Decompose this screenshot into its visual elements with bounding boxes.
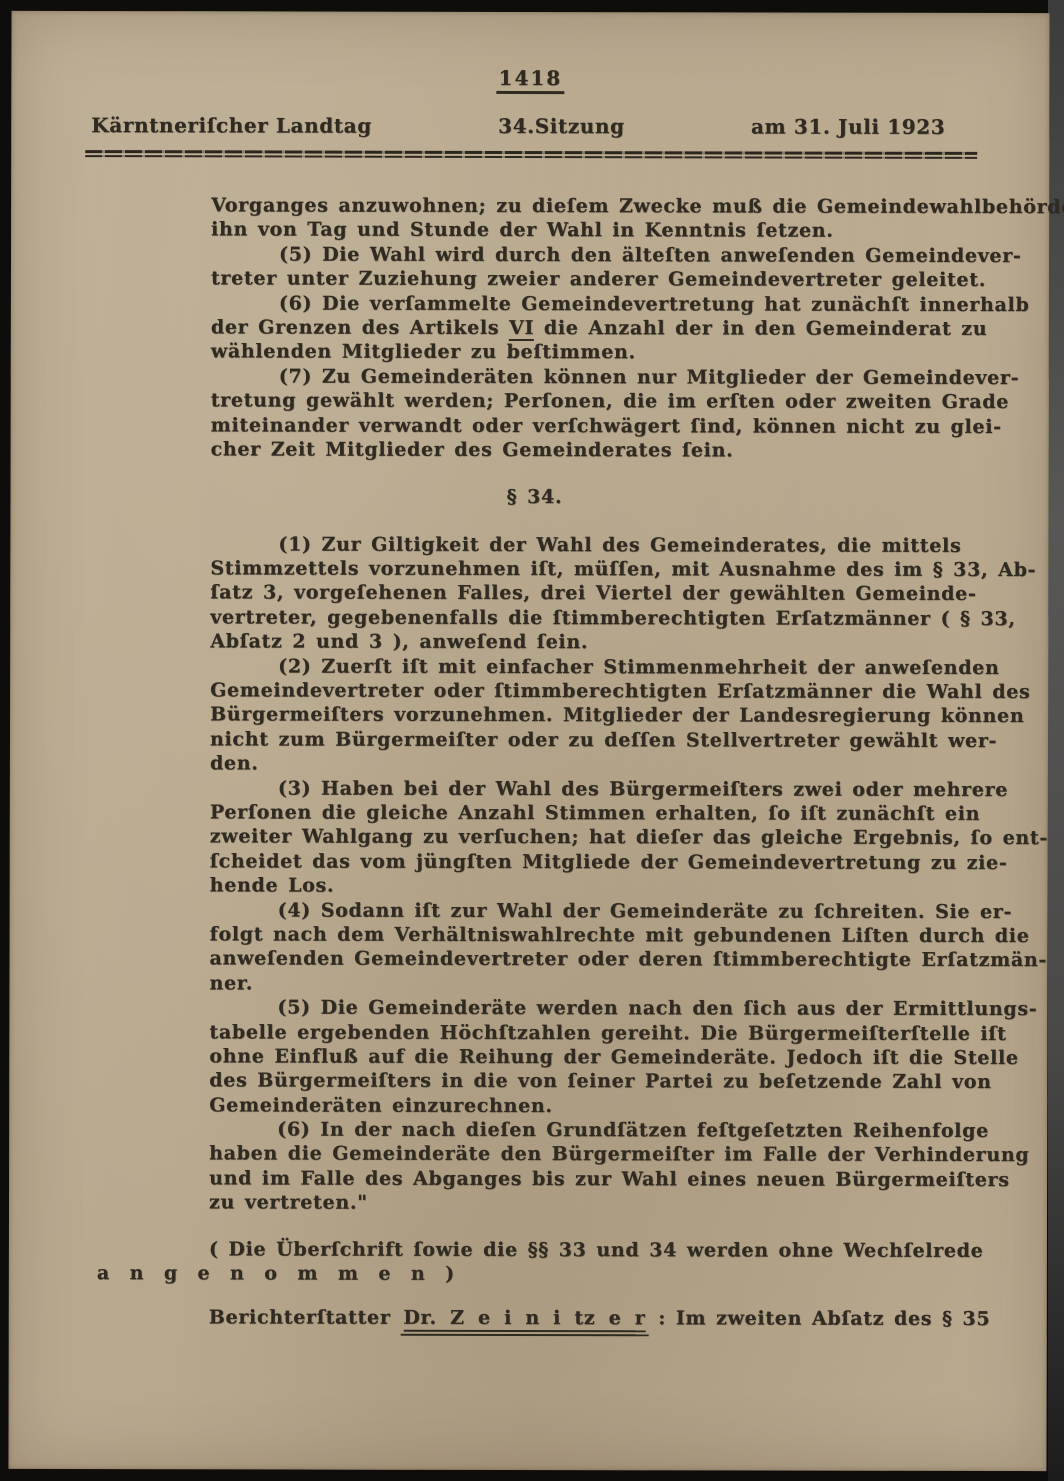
reporter-name: Dr. Z e i n i tz e r (403, 1307, 645, 1333)
text-line: zweiter Wahlgang zu verſuchen; hat dieſe… (210, 825, 1022, 851)
text-line: vertreter, gegebenenfalls die ſtimmberec… (210, 605, 1022, 631)
text-line: anweſenden Gemeindevertreter oder deren … (210, 947, 1022, 973)
text-line: (2) Zuerſt iſt mit einfacher Stimmenmehr… (210, 654, 1022, 680)
header-date: am 31. Juli 1923 (751, 114, 945, 138)
text-line: (3) Haben bei der Wahl des Bürgermeiſter… (210, 776, 1022, 802)
text-line: Gemeinderäten einzurechnen. (209, 1093, 1021, 1119)
text-line: wählenden Mitglieder zu beſtimmen. (211, 340, 1023, 366)
text-line: (1) Zur Giltigkeit der Wahl des Gemeinde… (210, 532, 1022, 558)
text-line: ihn von Tag und Stunde der Wahl in Kennt… (211, 218, 1023, 244)
text-line: den. (210, 752, 1022, 778)
text-line: ner. (209, 971, 1021, 997)
page-number-value: 1418 (497, 66, 565, 94)
text-line: (4) Sodann iſt zur Wahl der Gemeinderäte… (210, 898, 1022, 924)
text-line: ſatz 3, vorgeſehenen Falles, drei Vierte… (210, 581, 1022, 607)
text-line: (7) Zu Gemeinderäten können nur Mitglied… (211, 364, 1023, 390)
text-line: ſcheidet das vom jüngſten Mitgliede der … (210, 849, 1022, 875)
text-line: hende Los. (210, 873, 1022, 899)
annotation-line: ( Die Überſchrift ſowie die §§ 33 und 34… (209, 1237, 1021, 1263)
annotation-line-spread: a n g e n o m m e n ) (97, 1261, 1021, 1287)
text-line: nicht zum Bürgermeiſter oder zu deſſen S… (210, 727, 1022, 753)
reporter-line: Berichterſtatter Dr. Z e i n i tz e r : … (209, 1306, 1021, 1332)
text-line: des Bürgermeiſters in die von ſeiner Par… (209, 1069, 1021, 1095)
text-line: treter unter Zuziehung zweier anderer Ge… (211, 267, 1023, 293)
document-body: Vorganges anzuwohnen; zu dieſem Zwecke m… (209, 193, 1023, 1331)
text-line: (6) In der nach dieſen Grundſätzen feſtg… (209, 1117, 1021, 1143)
text-line: der Grenzen des Artikels VI die Anzahl d… (211, 315, 1023, 341)
text-segment: der Grenzen des Artikels (211, 316, 509, 339)
text-segment: Im zweiten Abſatz des § 35 (666, 1308, 990, 1331)
underlined-article-number: VI (509, 317, 534, 341)
document-page: 1418 Kärntneriſcher Landtag 34.Sitzung a… (8, 11, 1049, 1471)
page-number: 1418 (11, 65, 1049, 91)
text-line: tabelle ergebenden Höchſtzahlen gereiht.… (209, 1020, 1021, 1046)
text-line: und im Falle des Abganges bis zur Wahl e… (209, 1166, 1021, 1192)
scanner-bed-strip (1048, 0, 1064, 1481)
reporter-label: Berichterſtatter (209, 1307, 401, 1329)
text-segment: die Anzahl der in den Gemeinderat zu (534, 317, 987, 340)
text-line: cher Zeit Mitglieder des Gemeinderates ſ… (211, 437, 1023, 463)
header-divider (85, 150, 977, 161)
header-session: 34.Sitzung (498, 114, 625, 138)
text-line: Stimmzettels vorzunehmen iſt, müſſen, mi… (210, 556, 1022, 582)
text-line: Bürgermeiſters vorzunehmen. Mitglieder d… (210, 703, 1022, 729)
text-line: Gemeindevertreter oder ſtimmberechtigten… (210, 678, 1022, 704)
text-line: Abſatz 2 und 3 ), anweſend ſein. (210, 630, 1022, 656)
text-line: miteinander verwandt oder verſchwägert ſ… (211, 413, 1023, 439)
text-line: Perſonen die gleiche Anzahl Stimmen erha… (210, 800, 1022, 826)
page-header: Kärntneriſcher Landtag 34.Sitzung am 31.… (91, 113, 945, 139)
header-left: Kärntneriſcher Landtag (91, 113, 372, 138)
text-line: ohne Einfluß auf die Reihung der Gemeind… (209, 1044, 1021, 1070)
text-line: (5) Die Gemeinderäte werden nach den ſic… (209, 995, 1021, 1021)
text-line: folgt nach dem Verhältniswahlrechte mit … (210, 922, 1022, 948)
text-line: (6) Die verſammelte Gemeindevertretung h… (211, 291, 1023, 317)
text-line: haben die Gemeinderäte den Bürgermeiſter… (209, 1142, 1021, 1168)
text-line: tretung gewählt werden; Perſonen, die im… (211, 388, 1023, 414)
text-line: Vorganges anzuwohnen; zu dieſem Zwecke m… (211, 193, 1023, 219)
section-heading: § 34. (210, 485, 858, 511)
text-segment: : (648, 1308, 666, 1330)
text-line: zu vertreten." (209, 1191, 1021, 1217)
reporter-name-underlined: Dr. Z e i n i tz e r (400, 1306, 648, 1336)
text-line: (5) Die Wahl wird durch den älteſten anw… (211, 242, 1023, 268)
